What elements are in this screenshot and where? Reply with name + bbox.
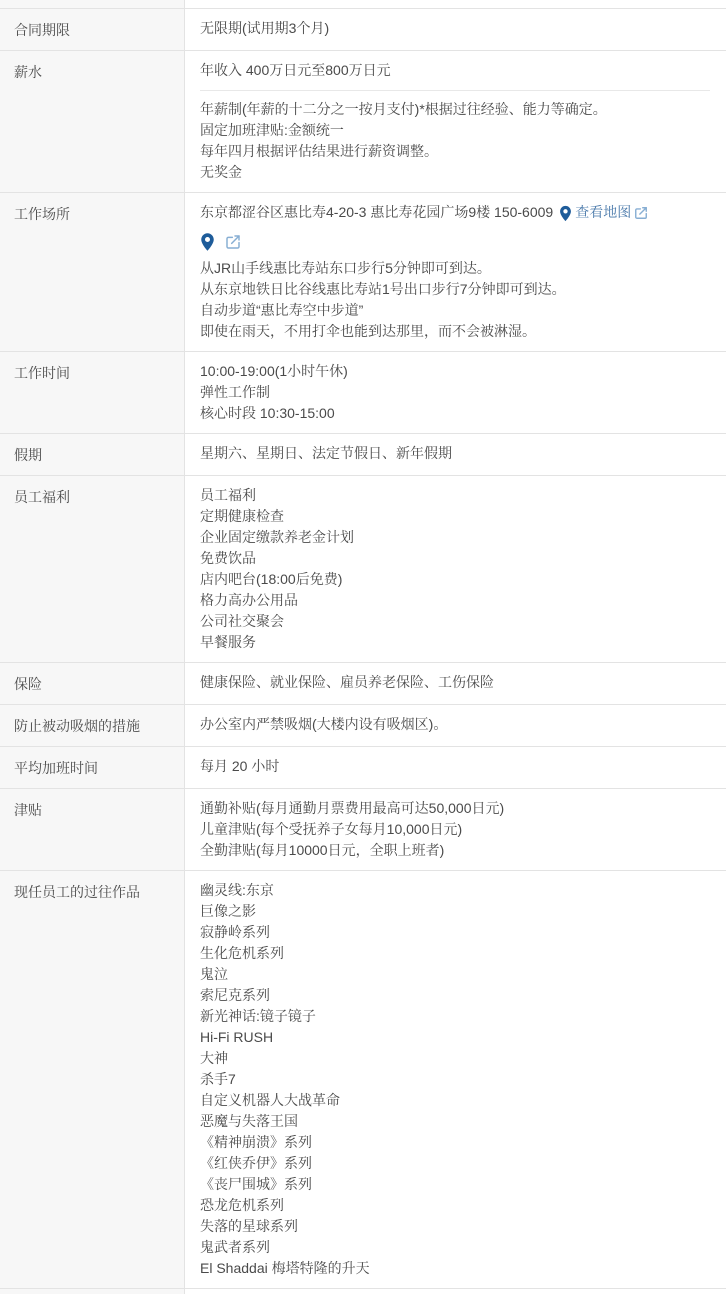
text-line: 固定加班津贴:金额统一 <box>200 120 710 141</box>
external-link-icon <box>634 202 648 223</box>
text-line: 儿童津贴(每个受抚养子女每月10,000日元) <box>200 819 710 840</box>
table-row-partial-bottom <box>0 1289 726 1294</box>
table-row-workplace: 工作场所 东京都涩谷区惠比寿4-20-3 惠比寿花园广场9楼 150-6009 … <box>0 193 726 352</box>
table-row-contract-period: 合同期限 无限期(试用期3个月) <box>0 9 726 51</box>
row-value: 10:00-19:00(1小时午休)弹性工作制核心时段 10:30-15:00 <box>185 352 726 433</box>
text-line: 巨像之影 <box>200 901 710 922</box>
text-line: 格力高办公用品 <box>200 590 710 611</box>
text-line: 寂静岭系列 <box>200 922 710 943</box>
row-label: 薪水 <box>0 51 185 192</box>
row-value: 每月 20 小时 <box>185 747 726 788</box>
text-line: 年薪制(年薪的十二分之一按月支付)*根据过往经验、能力等确定。 <box>200 99 710 120</box>
row-value: 通勤补贴(每月通勤月票费用最高可达50,000日元)儿童津贴(每个受抚养子女每月… <box>185 789 726 870</box>
row-label: 津贴 <box>0 789 185 870</box>
text-line: 杀手7 <box>200 1069 710 1090</box>
text-line: 新光神话:镜子镜子 <box>200 1006 710 1027</box>
row-label: 员工福利 <box>0 476 185 662</box>
row-value: 无限期(试用期3个月) <box>185 9 726 50</box>
workplace-access-info: 从JR山手线惠比寿站东口步行5分钟即可到达。从东京地铁日比谷线惠比寿站1号出口步… <box>200 258 710 342</box>
row-value: 办公室内严禁吸烟(大楼内设有吸烟区)。 <box>185 705 726 746</box>
external-link-icon[interactable] <box>225 231 241 252</box>
row-label: 保险 <box>0 663 185 704</box>
text-line: 恐龙危机系列 <box>200 1195 710 1216</box>
table-row-insurance: 保险 健康保险、就业保险、雇员养老保险、工伤保险 <box>0 663 726 705</box>
text-line: 健康保险、就业保险、雇员养老保险、工伤保险 <box>200 672 710 693</box>
text-line: 无奖金 <box>200 162 710 183</box>
row-label: 平均加班时间 <box>0 747 185 788</box>
text-line: 核心时段 10:30-15:00 <box>200 403 710 424</box>
row-label: 工作场所 <box>0 193 185 351</box>
text-line: 《精神崩溃》系列 <box>200 1132 710 1153</box>
text-line: 每月 20 小时 <box>200 756 710 777</box>
table-row-benefits: 员工福利 员工福利定期健康检查企业固定缴款养老金计划免费饮品店内吧台(18:00… <box>0 476 726 663</box>
text-line: 索尼克系列 <box>200 985 710 1006</box>
view-map-label: 查看地图 <box>575 202 631 223</box>
table-row-allowances: 津贴 通勤补贴(每月通勤月票费用最高可达50,000日元)儿童津贴(每个受抚养子… <box>0 789 726 871</box>
view-map-link[interactable]: 查看地图 <box>559 202 648 223</box>
row-value: 年收入 400万日元至800万日元 年薪制(年薪的十二分之一按月支付)*根据过往… <box>185 51 726 192</box>
salary-notes: 年薪制(年薪的十二分之一按月支付)*根据过往经验、能力等确定。固定加班津贴:金额… <box>200 99 710 183</box>
text-line: 早餐服务 <box>200 632 710 653</box>
text-line: 全勤津贴(每月10000日元，全职上班者) <box>200 840 710 861</box>
row-label-cell <box>0 0 185 8</box>
row-label: 假期 <box>0 434 185 475</box>
text-line: 生化危机系列 <box>200 943 710 964</box>
row-label: 工作时间 <box>0 352 185 433</box>
row-label: 合同期限 <box>0 9 185 50</box>
text-line: 10:00-19:00(1小时午休) <box>200 361 710 382</box>
text-line: 《红侠乔伊》系列 <box>200 1153 710 1174</box>
table-row-holidays: 假期 星期六、星期日、法定节假日、新年假期 <box>0 434 726 476</box>
text-line: 从JR山手线惠比寿站东口步行5分钟即可到达。 <box>200 258 710 279</box>
text-line: 公司社交聚会 <box>200 611 710 632</box>
text-line: 失落的星球系列 <box>200 1216 710 1237</box>
row-label: 防止被动吸烟的措施 <box>0 705 185 746</box>
text-line: 自动步道“惠比寿空中步道” <box>200 300 710 321</box>
map-pin-icon <box>559 202 572 223</box>
row-value-cell <box>185 1289 726 1294</box>
text-line: 通勤补贴(每月通勤月票费用最高可达50,000日元) <box>200 798 710 819</box>
job-details-table: 合同期限 无限期(试用期3个月) 薪水 年收入 400万日元至800万日元 年薪… <box>0 0 726 1294</box>
row-value: 星期六、星期日、法定节假日、新年假期 <box>185 434 726 475</box>
table-row-average-overtime: 平均加班时间 每月 20 小时 <box>0 747 726 789</box>
text-line: 员工福利 <box>200 485 710 506</box>
row-value: 幽灵线:东京巨像之影寂静岭系列生化危机系列鬼泣索尼克系列新光神话:镜子镜子Hi-… <box>185 871 726 1288</box>
text-line: 企业固定缴款养老金计划 <box>200 527 710 548</box>
text-line: Hi-Fi RUSH <box>200 1027 710 1048</box>
text-line: 幽灵线:东京 <box>200 880 710 901</box>
row-value: 东京都涩谷区惠比寿4-20-3 惠比寿花园广场9楼 150-6009 查看地图 <box>185 193 726 351</box>
text-line: 自定义机器人大战革命 <box>200 1090 710 1111</box>
table-row-smoking-policy: 防止被动吸烟的措施 办公室内严禁吸烟(大楼内设有吸烟区)。 <box>0 705 726 747</box>
salary-divider <box>200 90 710 91</box>
workplace-address-line: 东京都涩谷区惠比寿4-20-3 惠比寿花园广场9楼 150-6009 查看地图 <box>200 202 710 223</box>
salary-main-text: 年收入 400万日元至800万日元 <box>200 60 710 81</box>
text-line: 鬼武者系列 <box>200 1237 710 1258</box>
text-line: 从东京地铁日比谷线惠比寿站1号出口步行7分钟即可到达。 <box>200 279 710 300</box>
text-line: 星期六、星期日、法定节假日、新年假期 <box>200 443 710 464</box>
table-row-working-hours: 工作时间 10:00-19:00(1小时午休)弹性工作制核心时段 10:30-1… <box>0 352 726 434</box>
text-line: 无限期(试用期3个月) <box>200 18 710 39</box>
table-row-partial-top <box>0 0 726 9</box>
row-label-cell <box>0 1289 185 1294</box>
text-line: 鬼泣 <box>200 964 710 985</box>
text-line: 办公室内严禁吸烟(大楼内设有吸烟区)。 <box>200 714 710 735</box>
map-pin-icon[interactable] <box>200 230 215 251</box>
row-label: 现任员工的过往作品 <box>0 871 185 1288</box>
table-row-salary: 薪水 年收入 400万日元至800万日元 年薪制(年薪的十二分之一按月支付)*根… <box>0 51 726 193</box>
workplace-map-icon-row <box>200 225 710 257</box>
text-line: 店内吧台(18:00后免费) <box>200 569 710 590</box>
text-line: 每年四月根据评估结果进行薪资调整。 <box>200 141 710 162</box>
text-line: 弹性工作制 <box>200 382 710 403</box>
table-row-past-works: 现任员工的过往作品 幽灵线:东京巨像之影寂静岭系列生化危机系列鬼泣索尼克系列新光… <box>0 871 726 1289</box>
row-value-cell <box>185 0 726 8</box>
text-line: 免费饮品 <box>200 548 710 569</box>
text-line: 定期健康检查 <box>200 506 710 527</box>
text-line: 《丧尸围城》系列 <box>200 1174 710 1195</box>
row-value: 员工福利定期健康检查企业固定缴款养老金计划免费饮品店内吧台(18:00后免费)格… <box>185 476 726 662</box>
text-line: El Shaddai 梅塔特隆的升天 <box>200 1258 710 1279</box>
row-value: 健康保险、就业保险、雇员养老保险、工伤保险 <box>185 663 726 704</box>
text-line: 即使在雨天，不用打伞也能到达那里，而不会被淋湿。 <box>200 321 710 342</box>
text-line: 大神 <box>200 1048 710 1069</box>
workplace-address: 东京都涩谷区惠比寿4-20-3 惠比寿花园广场9楼 150-6009 <box>200 202 553 223</box>
text-line: 恶魔与失落王国 <box>200 1111 710 1132</box>
